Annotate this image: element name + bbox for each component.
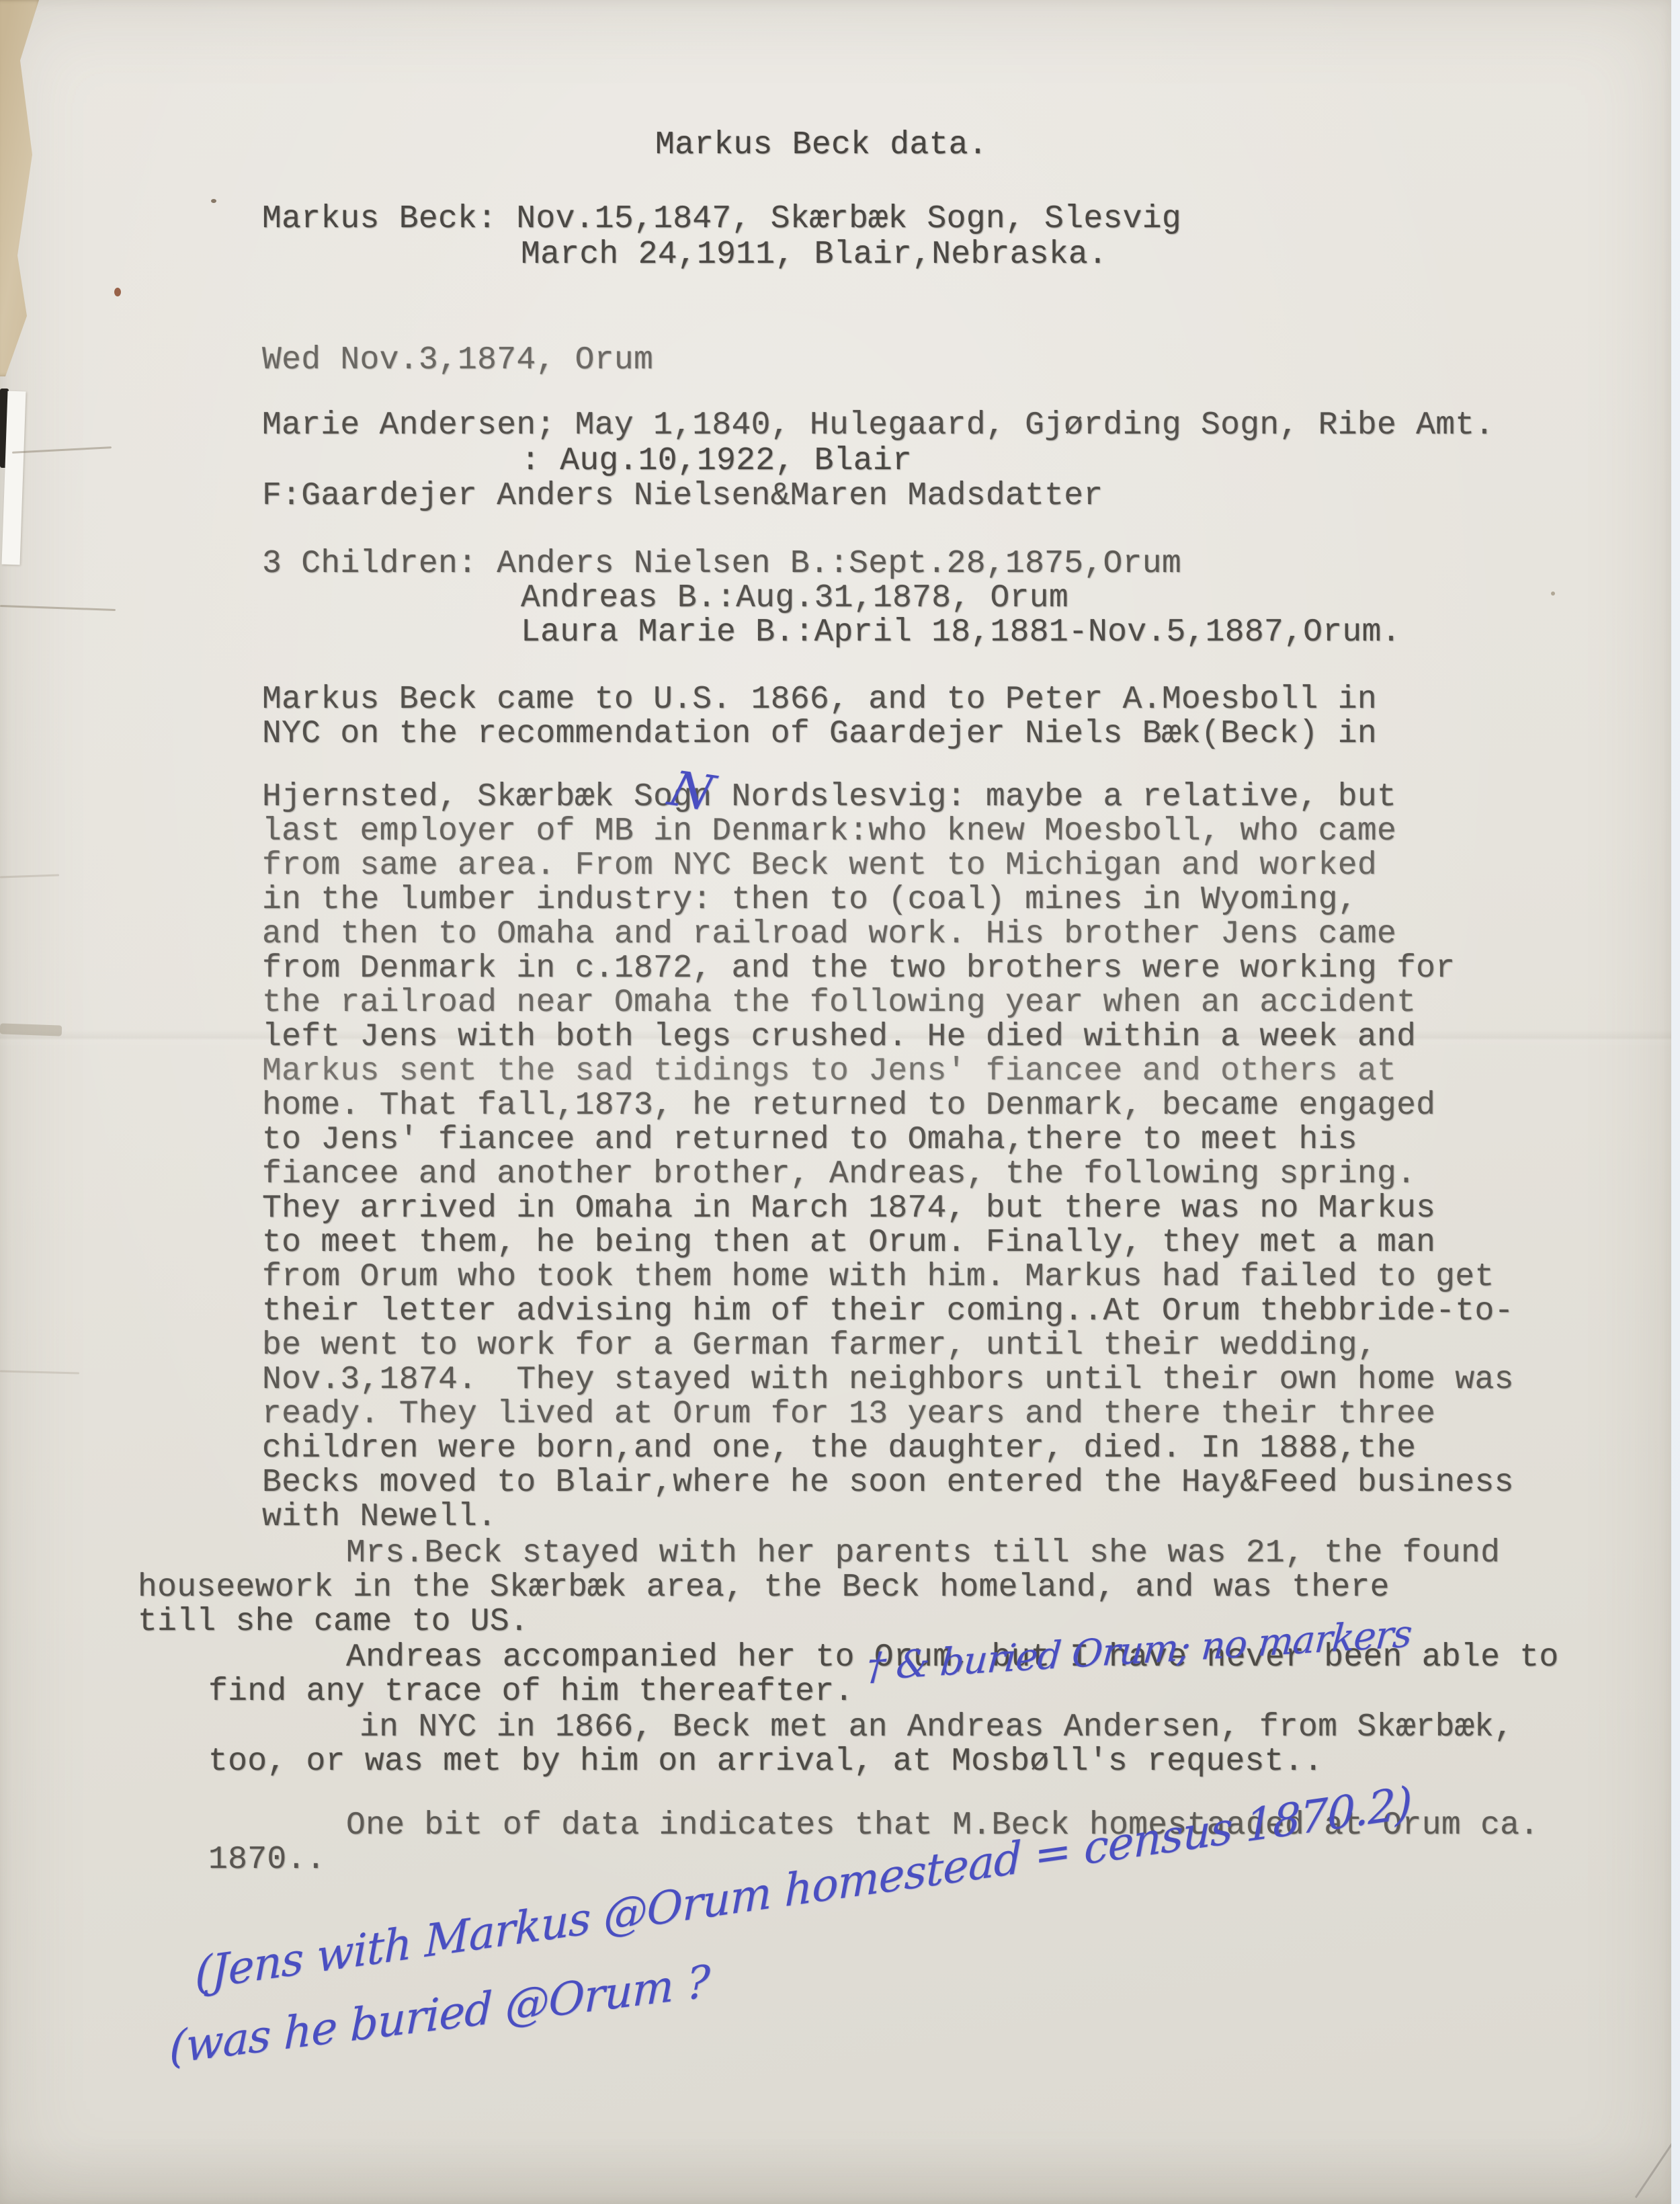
typed-line: and then to Omaha and railroad work. His…: [262, 917, 1396, 952]
paper-sheet: Markus Beck data.Markus Beck: Nov.15,184…: [0, 0, 1671, 2204]
typed-line: their letter advising him of their comin…: [262, 1294, 1514, 1329]
typed-line: to Jens' fiancee and returned to Omaha,t…: [262, 1123, 1357, 1157]
typed-line: home. That fall,1873, he returned to Den…: [262, 1088, 1435, 1123]
bottom-shading: [0, 2137, 1671, 2204]
scanner-background-strip: [1671, 0, 1680, 2204]
left-edge-crease: [0, 874, 59, 878]
typed-line: NYC on the recommendation of Gaardejer N…: [262, 717, 1377, 751]
typed-line: Markus Beck: Nov.15,1847, Skærbæk Sogn, …: [262, 202, 1181, 237]
typed-line: Mrs.Beck stayed with her parents till sh…: [346, 1536, 1500, 1571]
torn-corner-top-left: [0, 0, 42, 376]
typed-line: Marie Andersen; May 1,1840, Hulegaard, G…: [262, 408, 1495, 443]
typed-line: Becks moved to Blair,where he soon enter…: [262, 1465, 1514, 1500]
typed-line: from Denmark in c.1872, and the two brot…: [262, 951, 1455, 986]
typed-line: too, or was met by him on arrival, at Mo…: [208, 1744, 1323, 1779]
typed-line: Hjernsted, Skærbæk Sogn Nordslesvig: may…: [262, 780, 1396, 815]
left-edge-crease: [0, 1370, 79, 1374]
typed-line: be went to work for a German farmer, unt…: [262, 1328, 1377, 1363]
typed-line: Nov.3,1874. They stayed with neighbors u…: [262, 1362, 1514, 1397]
scanned-document: { "document": { "kind": "scanned typewri…: [0, 0, 1680, 2204]
rust-speck: [114, 288, 121, 296]
typed-line: the railroad near Omaha the following ye…: [262, 985, 1416, 1020]
typed-line: houseework in the Skærbæk area, the Beck…: [138, 1570, 1390, 1605]
typed-line: ready. They lived at Orum for 13 years a…: [262, 1397, 1435, 1432]
typed-line: in the lumber industry: then to (coal) m…: [262, 883, 1357, 917]
typed-line: : Aug.10,1922, Blair: [521, 444, 912, 479]
typed-line: 3 Children: Anders Nielsen B.:Sept.28,18…: [262, 546, 1181, 581]
typed-line: left Jens with both legs crushed. He die…: [262, 1020, 1416, 1055]
fold-edge-notch: [0, 1023, 62, 1036]
typed-line: fiancee and another brother, Andreas, th…: [262, 1157, 1416, 1192]
document-title: Markus Beck data.: [655, 128, 988, 163]
typed-line: Markus Beck came to U.S. 1866, and to Pe…: [262, 682, 1377, 717]
typed-line: find any trace of him thereafter.: [208, 1674, 853, 1709]
typed-line: Laura Marie B.:April 18,1881-Nov.5,1887,…: [521, 615, 1401, 650]
typed-line: March 24,1911, Blair,Nebraska.: [521, 237, 1107, 272]
left-edge-crease: [12, 446, 112, 454]
typed-line: with Newell.: [262, 1500, 497, 1535]
typed-line: children were born,and one, the daughter…: [262, 1431, 1416, 1466]
typed-line: from Orum who took them home with him. M…: [262, 1260, 1495, 1295]
typed-line: from same area. From NYC Beck went to Mi…: [262, 848, 1377, 883]
typed-line: Andreas B.:Aug.31,1878, Orum: [521, 581, 1068, 616]
typed-line: They arrived in Omaha in March 1874, but…: [262, 1191, 1435, 1226]
typed-line: 1870..: [208, 1842, 326, 1877]
typed-line: Markus sent the sad tidings to Jens' fia…: [262, 1054, 1396, 1089]
typed-line: to meet them, he being then at Orum. Fin…: [262, 1225, 1435, 1260]
typed-line: F:Gaardejer Anders Nielsen&Maren Madsdat…: [262, 479, 1103, 514]
typed-line: Wed Nov.3,1874, Orum: [262, 343, 653, 378]
typed-line: till she came to US.: [138, 1604, 529, 1639]
handwritten-note: † & buried Orum; no markers: [865, 1612, 1413, 1689]
typed-line: last employer of MB in Denmark:who knew …: [262, 814, 1396, 849]
paper-speck: [1551, 591, 1555, 596]
typed-line: in NYC in 1866, Beck met an Andreas Ande…: [360, 1710, 1513, 1745]
ink-speck: [211, 199, 216, 203]
left-edge-crease: [0, 605, 116, 611]
